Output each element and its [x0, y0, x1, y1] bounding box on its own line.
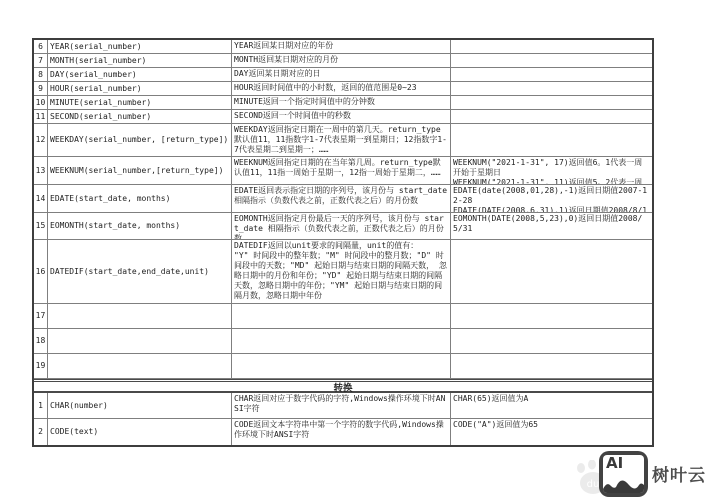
table-row: 16DATEDIF(start_date,end_date,unit)DATED…: [34, 240, 652, 304]
function-cell: CHAR(number): [48, 393, 232, 418]
example-cell: CODE("A")返回值为65: [451, 419, 652, 445]
example-cell: [451, 110, 652, 123]
example-cell: CHAR(65)返回值为A: [451, 393, 652, 418]
table-row: 9HOUR(serial_number)HOUR返回时间值中的小时数，返回的值范…: [34, 82, 652, 96]
table-row: 2CODE(text)CODE返回文本字符串中第一个字符的数字代码,Window…: [34, 419, 652, 445]
example-cell: [451, 96, 652, 109]
table-row: 19: [34, 354, 652, 379]
description-cell: WEEKNUM返回指定日期的在当年第几周。return_type默认值11，11…: [232, 157, 451, 184]
row-number-cell: 11: [34, 110, 48, 123]
row-number-cell: 12: [34, 124, 48, 156]
watermark: du AI 树叶云: [570, 448, 707, 500]
function-cell: DATEDIF(start_date,end_date,unit): [48, 240, 232, 303]
function-cell: EOMONTH(start_date, months): [48, 213, 232, 239]
description-cell: EDATE返回表示指定日期的序列号，该月份与 start_date 相隔指示（负…: [232, 185, 451, 212]
row-number-cell: 1: [34, 393, 48, 418]
row-number-cell: 15: [34, 213, 48, 239]
function-cell: WEEKDAY(serial_number, [return_type]): [48, 124, 232, 156]
ai-logo-inner: AI: [603, 455, 644, 493]
description-cell: CHAR返回对应于数字代码的字符,Windows操作环境下时ANSI字符: [232, 393, 451, 418]
table-row: 11SECOND(serial_number)SECOND返回一个时间值中的秒数: [34, 110, 652, 124]
example-cell: [451, 54, 652, 67]
brand-name: 树叶云: [652, 461, 706, 486]
function-cell: CODE(text): [48, 419, 232, 445]
table-row: 12WEEKDAY(serial_number, [return_type])W…: [34, 124, 652, 157]
row-number-cell: 8: [34, 68, 48, 81]
function-cell: [48, 354, 232, 378]
table-row: 1CHAR(number)CHAR返回对应于数字代码的字符,Windows操作环…: [34, 393, 652, 419]
description-cell: [232, 329, 451, 353]
function-cell: MINUTE(serial_number): [48, 96, 232, 109]
example-cell: [451, 329, 652, 353]
function-cell: [48, 329, 232, 353]
example-cell: [451, 40, 652, 53]
table-row: 17: [34, 304, 652, 329]
row-number-cell: 18: [34, 329, 48, 353]
function-table: 6YEAR(serial_number)YEAR返回某日期对应的年份7MONTH…: [32, 38, 654, 447]
row-number-cell: 19: [34, 354, 48, 378]
table-row: 6YEAR(serial_number)YEAR返回某日期对应的年份: [34, 40, 652, 54]
svg-text:du: du: [587, 479, 600, 490]
function-cell: SECOND(serial_number): [48, 110, 232, 123]
description-cell: [232, 304, 451, 328]
description-cell: SECOND返回一个时间值中的秒数: [232, 110, 451, 123]
description-cell: MINUTE返回一个指定时间值中的分钟数: [232, 96, 451, 109]
function-cell: EDATE(start_date, months): [48, 185, 232, 212]
row-number-cell: 13: [34, 157, 48, 184]
page: 6YEAR(serial_number)YEAR返回某日期对应的年份7MONTH…: [0, 0, 707, 500]
example-cell: EOMONTH(DATE(2008,5,23),0)返回日期值2008/5/31: [451, 213, 652, 239]
section-header-row: 转换: [34, 379, 652, 393]
description-cell: WEEKDAY返回指定日期在一周中的第几天。return_type默认值11，1…: [232, 124, 451, 156]
description-cell: CODE返回文本字符串中第一个字符的数字代码,Windows操作环境下时ANSI…: [232, 419, 451, 445]
row-number-cell: 6: [34, 40, 48, 53]
example-cell: [451, 240, 652, 303]
function-cell: [48, 304, 232, 328]
ai-image-logo-icon: AI: [599, 451, 648, 497]
description-cell: YEAR返回某日期对应的年份: [232, 40, 451, 53]
example-cell: EDATE(date(2008,01,28),-1)返回日期值2007-12-2…: [451, 185, 652, 212]
table-row: 18: [34, 329, 652, 354]
row-number-cell: 7: [34, 54, 48, 67]
table-row: 14EDATE(start_date, months)EDATE返回表示指定日期…: [34, 185, 652, 213]
function-cell: WEEKNUM(serial_number,[return_type]): [48, 157, 232, 184]
function-cell: DAY(serial_number): [48, 68, 232, 81]
function-cell: YEAR(serial_number): [48, 40, 232, 53]
row-number-cell: 9: [34, 82, 48, 95]
table-row: 15EOMONTH(start_date, months)EOMONTH返回指定…: [34, 213, 652, 240]
description-cell: EOMONTH返回指定月份最后一天的序列号，该月份与 start_date 相隔…: [232, 213, 451, 239]
example-cell: [451, 82, 652, 95]
row-number-cell: 16: [34, 240, 48, 303]
description-cell: MONTH返回某日期对应的月份: [232, 54, 451, 67]
example-cell: [451, 304, 652, 328]
table-row: 8DAY(serial_number)DAY返回某日期对应的日: [34, 68, 652, 82]
function-cell: HOUR(serial_number): [48, 82, 232, 95]
example-cell: [451, 124, 652, 156]
description-cell: HOUR返回时间值中的小时数，返回的值范围是0~23: [232, 82, 451, 95]
description-cell: DATEDIF返回以unit要求的间隔量，unit的值有： "Y" 时间段中的整…: [232, 240, 451, 303]
row-number-cell: 17: [34, 304, 48, 328]
ai-logo-text: AI: [606, 455, 623, 472]
example-cell: [451, 354, 652, 378]
description-cell: [232, 354, 451, 378]
function-cell: MONTH(serial_number): [48, 54, 232, 67]
row-number-cell: 10: [34, 96, 48, 109]
example-cell: [451, 68, 652, 81]
table-row: 13WEEKNUM(serial_number,[return_type])WE…: [34, 157, 652, 185]
section-header-label: 转换: [333, 380, 352, 394]
example-cell: WEEKNUM("2021-1-31", 17)返回值6。1代表一周开始于星期日…: [451, 157, 652, 184]
description-cell: DAY返回某日期对应的日: [232, 68, 451, 81]
table-row: 7MONTH(serial_number)MONTH返回某日期对应的月份: [34, 54, 652, 68]
table-row: 10MINUTE(serial_number)MINUTE返回一个指定时间值中的…: [34, 96, 652, 110]
row-number-cell: 2: [34, 419, 48, 445]
mountain-icon: [603, 473, 644, 493]
row-number-cell: 14: [34, 185, 48, 212]
